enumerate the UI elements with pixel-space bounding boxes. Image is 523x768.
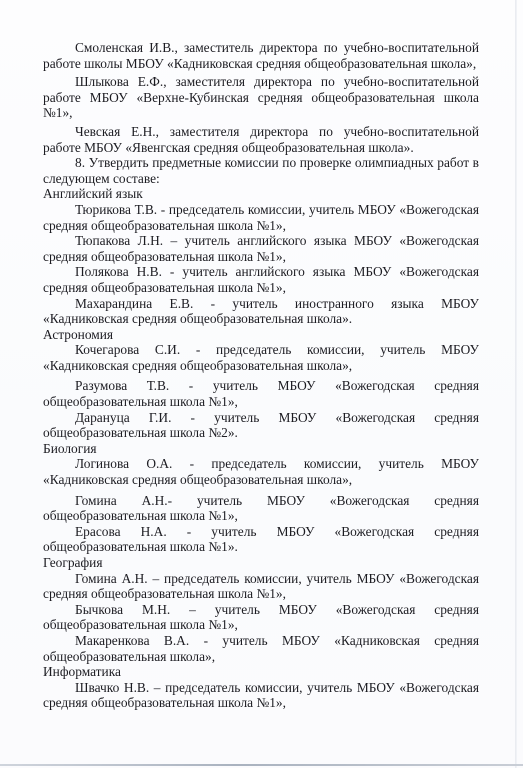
- member-entry: Тюрикова Т.В. - председатель комиссии, у…: [43, 202, 479, 233]
- member-entry: Полякова Н.В. - учитель английского язык…: [43, 264, 479, 295]
- member-entry: Ерасова Н.А. - учитель МБОУ «Вожегодская…: [43, 524, 479, 555]
- member-entry: Кочегарова С.И. - председатель комиссии,…: [43, 342, 479, 373]
- subject-english: Английский язык: [43, 186, 479, 202]
- paragraph-shlykova: Шлыкова Е.Ф., заместителя директора по у…: [43, 74, 479, 121]
- paragraph-smolenskaya: Смоленская И.В., заместитель директора п…: [43, 40, 479, 71]
- page-edge-right: [515, 0, 517, 768]
- page-edge-bottom: [0, 764, 523, 766]
- paragraph-chevskaya: Чевская Е.Н., заместителя директора по у…: [43, 124, 479, 155]
- subject-astronomy: Астрономия: [43, 327, 479, 343]
- scanned-page: Смоленская И.В., заместитель директора п…: [0, 0, 523, 768]
- document-body: Смоленская И.В., заместитель директора п…: [43, 40, 479, 711]
- member-entry: Швачко Н.В. – председатель комиссии, учи…: [43, 680, 479, 711]
- paragraph-item-8: 8. Утвердить предметные комиссии по пров…: [43, 155, 479, 186]
- member-entry: Махарандина Е.В. - учитель иностранного …: [43, 296, 479, 327]
- subject-geography: География: [43, 555, 479, 571]
- subject-biology: Биология: [43, 441, 479, 457]
- member-entry: Тюпакова Л.Н. – учитель английского язык…: [43, 233, 479, 264]
- member-entry: Гомина А.Н. – председатель комиссии, учи…: [43, 571, 479, 602]
- subject-informatics: Информатика: [43, 664, 479, 680]
- member-entry: Гомина А.Н.- учитель МБОУ «Вожегодская с…: [43, 493, 479, 524]
- member-entry: Макаренкова В.А. - учитель МБОУ «Каднико…: [43, 633, 479, 664]
- member-entry: Разумова Т.В. - учитель МБОУ «Вожегодска…: [43, 378, 479, 409]
- member-entry: Логинова О.А. - председатель комиссии, у…: [43, 456, 479, 487]
- member-entry: Дарануца Г.И. - учитель МБОУ «Вожегодска…: [43, 410, 479, 441]
- member-entry: Бычкова М.Н. – учитель МБОУ «Вожегодская…: [43, 602, 479, 633]
